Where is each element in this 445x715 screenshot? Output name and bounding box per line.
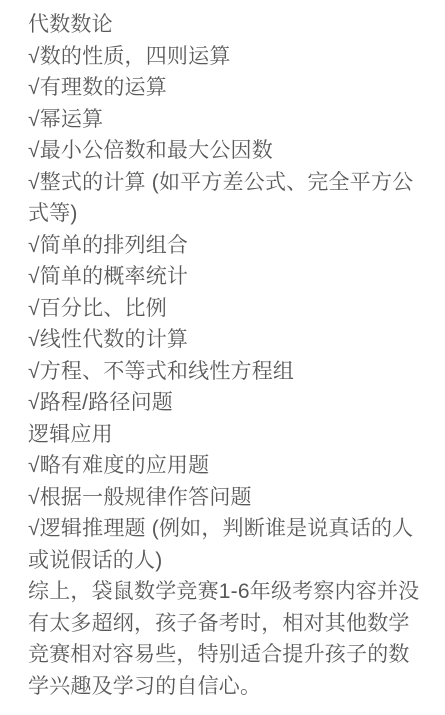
checklist-item: √路程/路径问题 (28, 387, 425, 419)
check-icon: √ (28, 454, 40, 477)
checklist-item-text: 方程、不等式和线性方程组 (40, 360, 294, 383)
checklist-item: √方程、不等式和线性方程组 (28, 356, 425, 388)
check-icon: √ (28, 139, 40, 162)
section-heading: 逻辑应用 (28, 419, 425, 451)
checklist-item: √略有难度的应用题 (28, 450, 425, 482)
check-icon: √ (28, 45, 40, 68)
section-algebra-number-theory: 代数数论 √数的性质，四则运算 √有理数的运算 √幂运算 √最小公倍数和最大公因… (28, 9, 425, 419)
checklist-item: √简单的概率统计 (28, 261, 425, 293)
checklist-item-text: 路程/路径问题 (40, 391, 173, 414)
checklist-item-text: 最小公倍数和最大公因数 (40, 139, 273, 162)
checklist-item: √数的性质，四则运算 (28, 41, 425, 73)
check-icon: √ (28, 360, 40, 383)
check-icon: √ (28, 486, 40, 509)
check-icon: √ (28, 234, 40, 257)
checklist-item-text: 整式的计算 (如平方差公式、完全平方公式等) (28, 171, 413, 226)
checklist-item-text: 逻辑推理题 (例如，判断谁是说真话的人或说假话的人) (28, 517, 413, 572)
section-logic-application: 逻辑应用 √略有难度的应用题 √根据一般规律作答问题 √逻辑推理题 (例如，判断… (28, 419, 425, 577)
checklist-item-text: 略有难度的应用题 (40, 454, 210, 477)
check-icon: √ (28, 265, 40, 288)
checklist-item: √最小公倍数和最大公因数 (28, 135, 425, 167)
checklist-item: √线性代数的计算 (28, 324, 425, 356)
check-icon: √ (28, 171, 40, 194)
section-heading: 代数数论 (28, 9, 425, 41)
check-icon: √ (28, 297, 40, 320)
checklist-item-text: 数的性质，四则运算 (40, 45, 231, 68)
checklist-item: √根据一般规律作答问题 (28, 482, 425, 514)
checklist-item: √幂运算 (28, 104, 425, 136)
checklist-item-text: 根据一般规律作答问题 (40, 486, 252, 509)
checklist-item-text: 百分比、比例 (40, 297, 167, 320)
summary-paragraph: 综上，袋鼠数学竞赛1-6年级考察内容并没有太多超纲，孩子备考时，相对其他数学竞赛… (28, 576, 425, 702)
article-body: 代数数论 √数的性质，四则运算 √有理数的运算 √幂运算 √最小公倍数和最大公因… (0, 0, 445, 702)
checklist-item: √整式的计算 (如平方差公式、完全平方公式等) (28, 167, 425, 230)
check-icon: √ (28, 108, 40, 131)
checklist-item-text: 简单的概率统计 (40, 265, 188, 288)
check-icon: √ (28, 391, 40, 414)
checklist-item-text: 有理数的运算 (40, 76, 167, 99)
checklist-item-text: 线性代数的计算 (40, 328, 188, 351)
check-icon: √ (28, 517, 40, 540)
checklist-item: √逻辑推理题 (例如，判断谁是说真话的人或说假话的人) (28, 513, 425, 576)
checklist-item: √百分比、比例 (28, 293, 425, 325)
checklist-item-text: 幂运算 (40, 108, 104, 131)
checklist-item-text: 简单的排列组合 (40, 234, 188, 257)
check-icon: √ (28, 328, 40, 351)
check-icon: √ (28, 76, 40, 99)
checklist-item: √简单的排列组合 (28, 230, 425, 262)
checklist-item: √有理数的运算 (28, 72, 425, 104)
